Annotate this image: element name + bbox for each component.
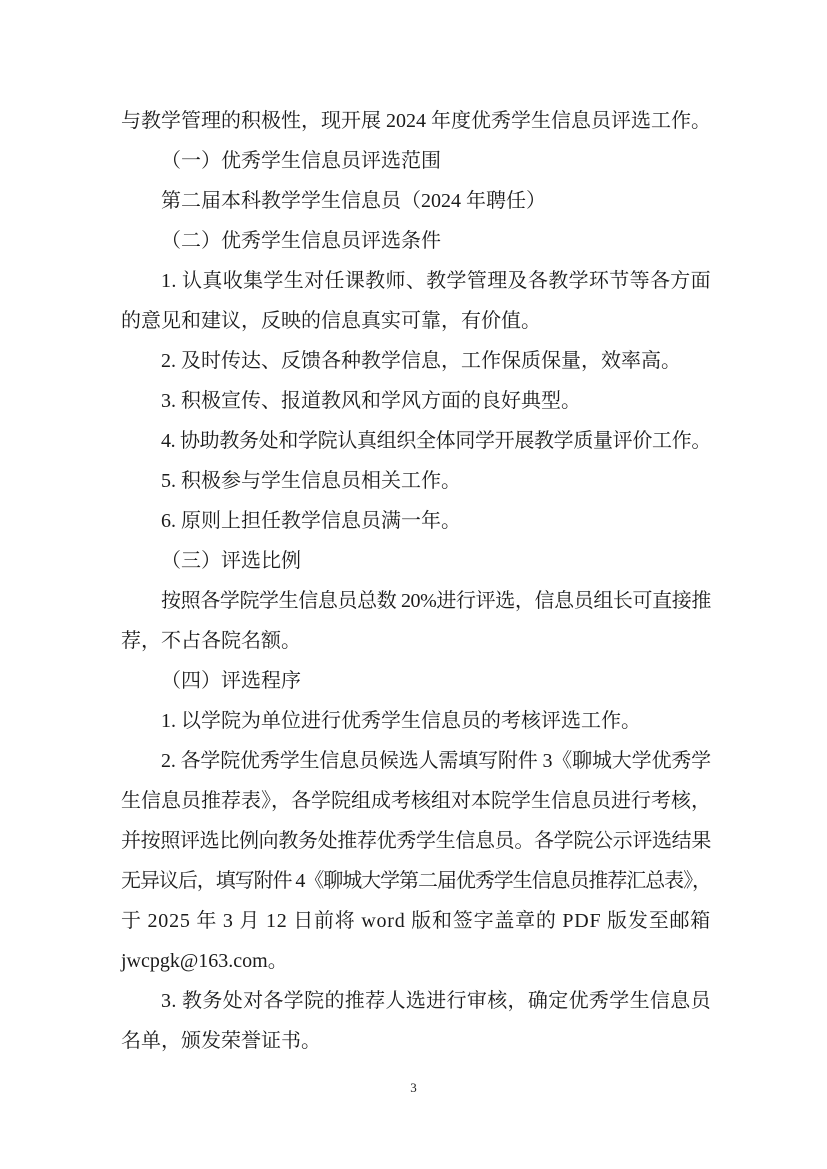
text-line-content: （一）优秀学生信息员评选范围: [161, 150, 441, 172]
text-line-content: （四）评选程序: [161, 670, 301, 692]
text-line-content: 于 2025 年 3 月 12 日前将 word 版和签字盖章的 PDF 版发至…: [121, 910, 711, 932]
text-line: 第二届本科教学学生信息员（2024 年聘任）: [121, 181, 711, 221]
text-line: 4. 协助教务处和学院认真组织全体同学开展教学质量评价工作。: [121, 421, 711, 461]
text-line: 按照各学院学生信息员总数 20%进行评选，信息员组长可直接推: [121, 581, 711, 621]
document-body: 与教学管理的积极性，现开展 2024 年度优秀学生信息员评选工作。（一）优秀学生…: [121, 101, 711, 1061]
text-line-content: 与教学管理的积极性，现开展 2024 年度优秀学生信息员评选工作。: [121, 110, 711, 132]
text-line-content: 4. 协助教务处和学院认真组织全体同学开展教学质量评价工作。: [161, 430, 711, 452]
text-line-content: 3. 教务处对各学院的推荐人选进行审核，确定优秀学生信息员: [161, 990, 711, 1012]
text-line: 2. 及时传达、反馈各种教学信息，工作保质保量，效率高。: [121, 341, 711, 381]
text-line-content: 2. 各学院优秀学生信息员候选人需填写附件 3《聊城大学优秀学: [161, 750, 711, 772]
text-line-content: 6. 原则上担任教学信息员满一年。: [161, 510, 461, 532]
text-line: 3. 教务处对各学院的推荐人选进行审核，确定优秀学生信息员: [121, 981, 711, 1021]
text-line: 生信息员推荐表》，各学院组成考核组对本院学生信息员进行考核，: [121, 781, 711, 821]
text-line-content: 名单，颁发荣誉证书。: [121, 1030, 321, 1052]
text-line: （二）优秀学生信息员评选条件: [121, 221, 711, 261]
text-line: 于 2025 年 3 月 12 日前将 word 版和签字盖章的 PDF 版发至…: [121, 901, 711, 941]
page-number: 3: [0, 1080, 827, 1096]
text-line-content: 按照各学院学生信息员总数 20%进行评选，信息员组长可直接推: [161, 590, 711, 612]
text-line: 荐，不占各院名额。: [121, 621, 711, 661]
text-line-content: （二）优秀学生信息员评选条件: [161, 230, 441, 252]
text-line-content: （三）评选比例: [161, 550, 301, 572]
text-line-content: 3. 积极宣传、报道教风和学风方面的良好典型。: [161, 390, 581, 412]
document-page: 与教学管理的积极性，现开展 2024 年度优秀学生信息员评选工作。（一）优秀学生…: [0, 0, 827, 1169]
text-line: （四）评选程序: [121, 661, 711, 701]
text-line-content: 荐，不占各院名额。: [121, 630, 301, 652]
text-line: （一）优秀学生信息员评选范围: [121, 141, 711, 181]
text-line: jwcpgk@163.com。: [121, 941, 711, 981]
text-line: 2. 各学院优秀学生信息员候选人需填写附件 3《聊城大学优秀学: [121, 741, 711, 781]
text-line-content: 无异议后，填写附件 4《聊城大学第二届优秀学生信息员推荐汇总表》，: [121, 870, 711, 892]
text-line-content: 生信息员推荐表》，各学院组成考核组对本院学生信息员进行考核，: [121, 790, 711, 812]
text-line-content: 2. 及时传达、反馈各种教学信息，工作保质保量，效率高。: [161, 350, 681, 372]
text-line: 无异议后，填写附件 4《聊城大学第二届优秀学生信息员推荐汇总表》，: [121, 861, 711, 901]
text-line: 5. 积极参与学生信息员相关工作。: [121, 461, 711, 501]
text-line: 3. 积极宣传、报道教风和学风方面的良好典型。: [121, 381, 711, 421]
text-line-content: 的意见和建议，反映的信息真实可靠，有价值。: [121, 310, 541, 332]
text-line: 6. 原则上担任教学信息员满一年。: [121, 501, 711, 541]
text-line: 1. 认真收集学生对任课教师、教学管理及各教学环节等各方面: [121, 261, 711, 301]
text-line: 并按照评选比例向教务处推荐优秀学生信息员。各学院公示评选结果: [121, 821, 711, 861]
text-line: 的意见和建议，反映的信息真实可靠，有价值。: [121, 301, 711, 341]
text-line-content: 1. 认真收集学生对任课教师、教学管理及各教学环节等各方面: [161, 270, 711, 292]
text-line: 1. 以学院为单位进行优秀学生信息员的考核评选工作。: [121, 701, 711, 741]
text-line-content: jwcpgk@163.com。: [121, 950, 288, 972]
text-line-content: 1. 以学院为单位进行优秀学生信息员的考核评选工作。: [161, 710, 641, 732]
text-line-content: 并按照评选比例向教务处推荐优秀学生信息员。各学院公示评选结果: [121, 830, 711, 852]
text-line: 与教学管理的积极性，现开展 2024 年度优秀学生信息员评选工作。: [121, 101, 711, 141]
text-line: 名单，颁发荣誉证书。: [121, 1021, 711, 1061]
text-line: （三）评选比例: [121, 541, 711, 581]
text-line-content: 5. 积极参与学生信息员相关工作。: [161, 470, 461, 492]
text-line-content: 第二届本科教学学生信息员（2024 年聘任）: [161, 190, 546, 212]
